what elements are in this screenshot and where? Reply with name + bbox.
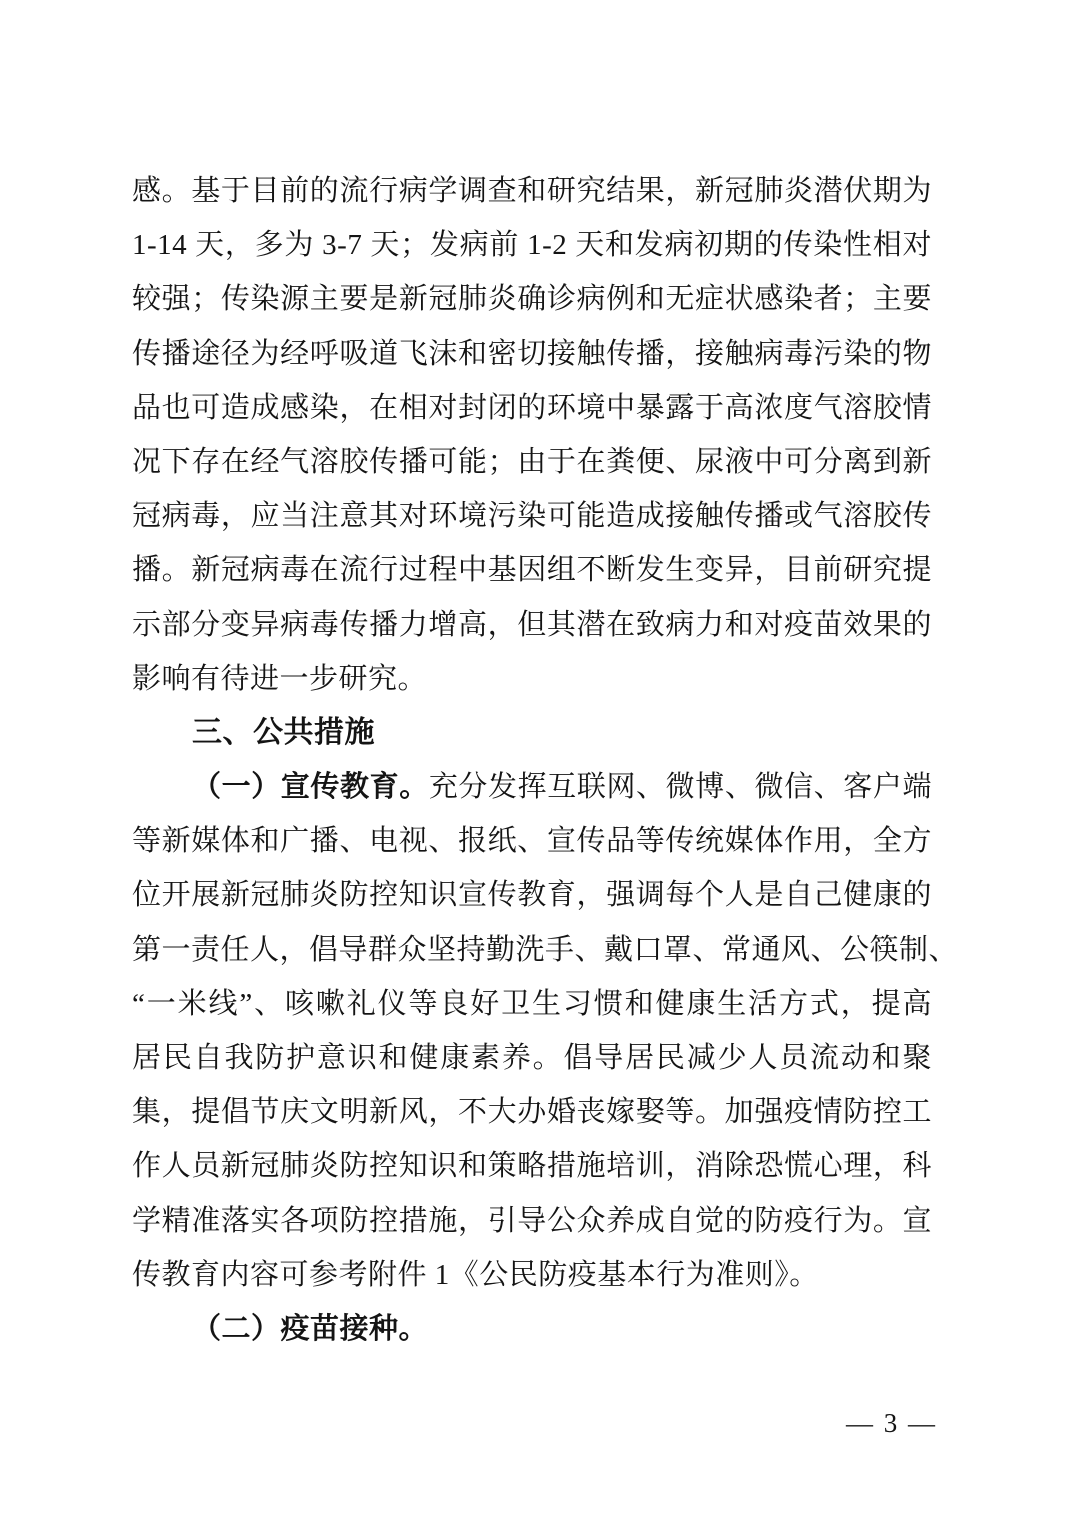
- document-body: 感。基于目前的流行病学调查和研究结果，新冠肺炎潜伏期为1-14 天，多为 3-7…: [132, 164, 932, 1356]
- text-line: 传教育内容可参考附件 1《公民防疫基本行为准则》。: [132, 1248, 932, 1302]
- text-line: 1-14 天，多为 3-7 天；发病前 1-2 天和发病初期的传染性相对: [132, 218, 932, 272]
- paragraph-lead: （一）宣传教育。: [192, 771, 429, 803]
- text-line: 作人员新冠肺炎防控知识和策略措施培训，消除恐慌心理，科: [132, 1139, 932, 1193]
- text-line: 播。新冠病毒在流行过程中基因组不断发生变异，目前研究提: [132, 543, 932, 597]
- page-number: — 3 —: [846, 1408, 937, 1438]
- text-line: 等新媒体和广播、电视、报纸、宣传品等传统媒体作用，全方: [132, 814, 932, 868]
- text-line: 示部分变异病毒传播力增高，但其潜在致病力和对疫苗效果的: [132, 598, 932, 652]
- text-line: 第一责任人，倡导群众坚持勤洗手、戴口罩、常通风、公筷制、: [132, 923, 932, 977]
- paragraph-lead: （二）疫苗接种。: [192, 1313, 428, 1345]
- text-line: 况下存在经气溶胶传播可能；由于在粪便、尿液中可分离到新: [132, 435, 932, 489]
- section-heading: 三、公共措施: [132, 706, 932, 760]
- text-line: 冠病毒，应当注意其对环境污染可能造成接触传播或气溶胶传: [132, 489, 932, 543]
- text-line: 学精准落实各项防控措施，引导公众养成自觉的防疫行为。宣: [132, 1194, 932, 1248]
- text-line: 居民自我防护意识和健康素养。倡导居民减少人员流动和聚: [132, 1031, 932, 1085]
- text-line: 集，提倡节庆文明新风，不大办婚丧嫁娶等。加强疫情防控工: [132, 1085, 932, 1139]
- text-line: 较强；传染源主要是新冠肺炎确诊病例和无症状感染者；主要: [132, 272, 932, 326]
- text-line: 位开展新冠肺炎防控知识宣传教育，强调每个人是自己健康的: [132, 868, 932, 922]
- text-line: 感。基于目前的流行病学调查和研究结果，新冠肺炎潜伏期为: [132, 164, 932, 218]
- document-page: 感。基于目前的流行病学调查和研究结果，新冠肺炎潜伏期为1-14 天，多为 3-7…: [0, 0, 1080, 1527]
- text-line: “一米线”、咳嗽礼仪等良好卫生习惯和健康生活方式，提高: [132, 977, 932, 1031]
- subsection-heading: （二）疫苗接种。: [132, 1302, 932, 1356]
- text-line: （一）宣传教育。充分发挥互联网、微博、微信、客户端: [132, 760, 932, 814]
- text-line: 传播途径为经呼吸道飞沫和密切接触传播，接触病毒污染的物: [132, 327, 932, 381]
- text-line: 品也可造成感染，在相对封闭的环境中暴露于高浓度气溶胶情: [132, 381, 932, 435]
- text-line: 影响有待进一步研究。: [132, 652, 932, 706]
